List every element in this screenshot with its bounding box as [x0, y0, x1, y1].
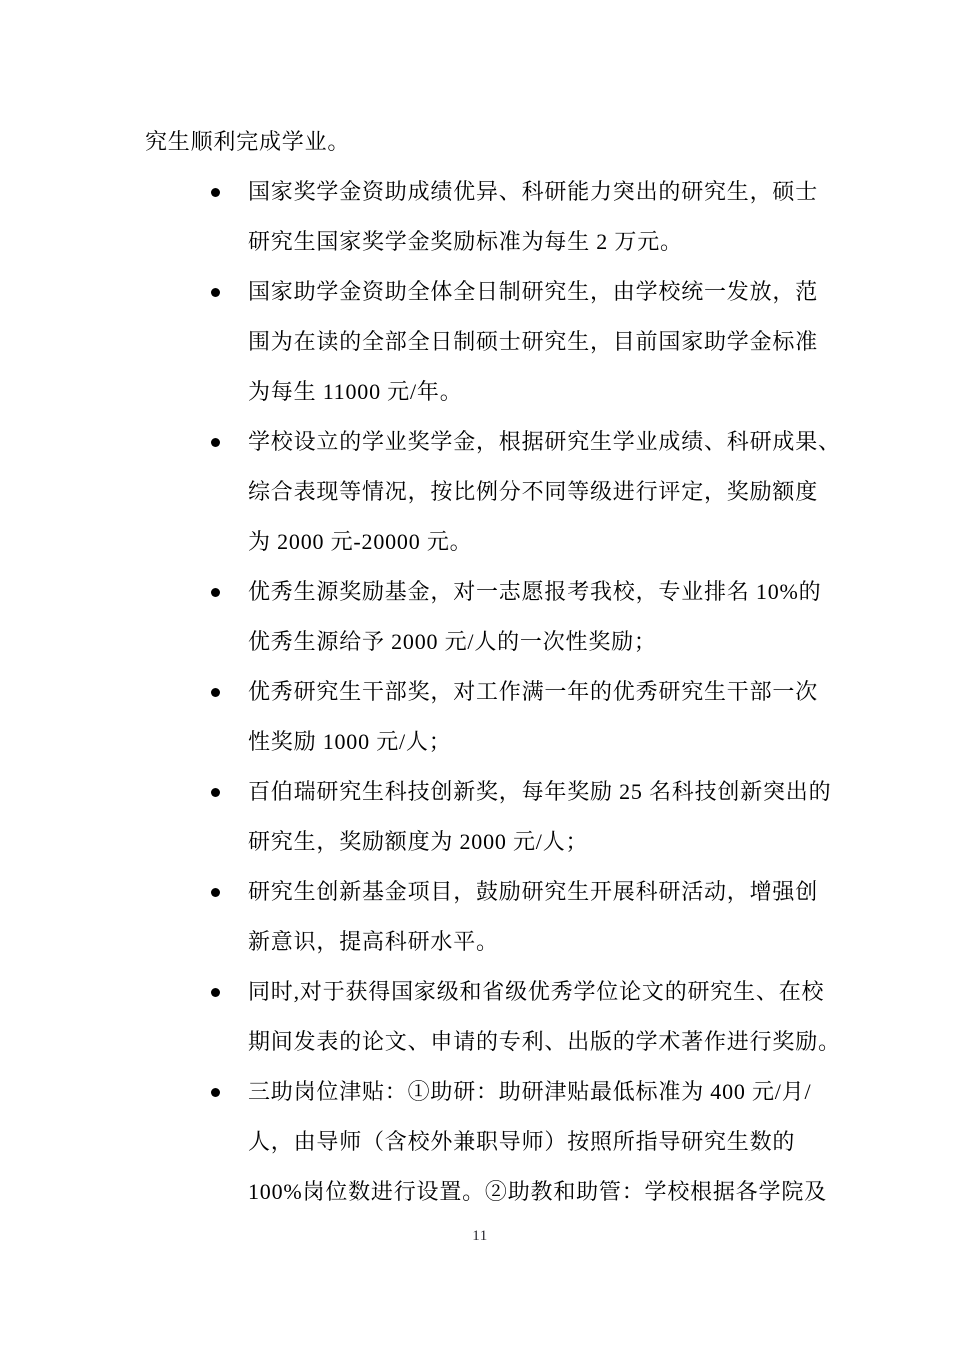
intro-paragraph-line: 究生顺利完成学业。: [145, 117, 825, 167]
bullet-item: 研究生创新基金项目，鼓励研究生开展科研活动，增强创 新意识，提高科研水平。: [145, 867, 825, 967]
bullet-marker-icon: [211, 288, 220, 297]
bullet-line: 国家奖学金资助成绩优异、科研能力突出的研究生，硕士: [248, 167, 825, 217]
bullet-marker-icon: [211, 888, 220, 897]
bullet-marker-icon: [211, 1088, 220, 1097]
bullet-line: 研究生国家奖学金奖励标准为每生 2 万元。: [248, 217, 825, 267]
bullet-item: 国家助学金资助全体全日制研究生，由学校统一发放，范 围为在读的全部全日制硕士研究…: [145, 267, 825, 417]
document-page: 究生顺利完成学业。 国家奖学金资助成绩优异、科研能力突出的研究生，硕士 研究生国…: [0, 0, 960, 1357]
bullet-line: 学校设立的学业奖学金，根据研究生学业成绩、科研成果、: [248, 417, 825, 467]
bullet-line: 同时,对于获得国家级和省级优秀学位论文的研究生、在校: [248, 967, 825, 1017]
bullet-line: 优秀生源给予 2000 元/人的一次性奖励；: [248, 617, 825, 667]
bullet-line: 综合表现等情况，按比例分不同等级进行评定，奖励额度: [248, 467, 825, 517]
bullet-line: 优秀生源奖励基金，对一志愿报考我校，专业排名 10%的: [248, 567, 825, 617]
bullet-line: 三助岗位津贴：①助研：助研津贴最低标准为 400 元/月/: [248, 1067, 825, 1117]
bullet-item: 优秀研究生干部奖，对工作满一年的优秀研究生干部一次 性奖励 1000 元/人；: [145, 667, 825, 767]
page-number: 11: [0, 1226, 960, 1246]
bullet-line: 100%岗位数进行设置。②助教和助管：学校根据各学院及: [248, 1167, 825, 1217]
bullet-line: 人，由导师（含校外兼职导师）按照所指导研究生数的: [248, 1117, 825, 1167]
bullet-line: 国家助学金资助全体全日制研究生，由学校统一发放，范: [248, 267, 825, 317]
bullet-item: 同时,对于获得国家级和省级优秀学位论文的研究生、在校 期间发表的论文、申请的专利…: [145, 967, 825, 1067]
bullet-item: 国家奖学金资助成绩优异、科研能力突出的研究生，硕士 研究生国家奖学金奖励标准为每…: [145, 167, 825, 267]
bullet-line: 围为在读的全部全日制硕士研究生，目前国家助学金标准: [248, 317, 825, 367]
bullet-item: 优秀生源奖励基金，对一志愿报考我校，专业排名 10%的 优秀生源给予 2000 …: [145, 567, 825, 667]
bullet-marker-icon: [211, 588, 220, 597]
bullet-item: 百伯瑞研究生科技创新奖，每年奖励 25 名科技创新突出的 研究生，奖励额度为 2…: [145, 767, 825, 867]
bullet-line: 研究生，奖励额度为 2000 元/人；: [248, 817, 825, 867]
bullet-item: 学校设立的学业奖学金，根据研究生学业成绩、科研成果、 综合表现等情况，按比例分不…: [145, 417, 825, 567]
bullet-marker-icon: [211, 688, 220, 697]
bullet-line: 为每生 11000 元/年。: [248, 367, 825, 417]
bullet-marker-icon: [211, 188, 220, 197]
bullet-line: 百伯瑞研究生科技创新奖，每年奖励 25 名科技创新突出的: [248, 767, 825, 817]
bullet-line: 为 2000 元-20000 元。: [248, 517, 825, 567]
bullet-item: 三助岗位津贴：①助研：助研津贴最低标准为 400 元/月/ 人，由导师（含校外兼…: [145, 1067, 825, 1217]
page-body-text: 究生顺利完成学业。 国家奖学金资助成绩优异、科研能力突出的研究生，硕士 研究生国…: [145, 117, 825, 1217]
bullet-line: 优秀研究生干部奖，对工作满一年的优秀研究生干部一次: [248, 667, 825, 717]
bullet-marker-icon: [211, 988, 220, 997]
bullet-line: 性奖励 1000 元/人；: [248, 717, 825, 767]
bullet-line: 期间发表的论文、申请的专利、出版的学术著作进行奖励。: [248, 1017, 825, 1067]
bullet-line: 新意识，提高科研水平。: [248, 917, 825, 967]
bullet-marker-icon: [211, 788, 220, 797]
bullet-line: 研究生创新基金项目，鼓励研究生开展科研活动，增强创: [248, 867, 825, 917]
bullet-marker-icon: [211, 438, 220, 447]
